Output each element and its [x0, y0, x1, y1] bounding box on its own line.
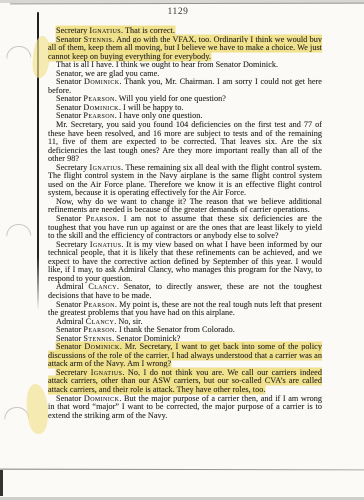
- transcript-paragraph: Secretary Ignatius. No, I do not think y…: [48, 369, 322, 395]
- text-run: Mr. Secretary, you said you found 104 de…: [48, 120, 322, 163]
- transcript-paragraph: Admiral Clancy. Senator, to directly ans…: [48, 283, 322, 300]
- text-run: Now, why do we want to change it? The re…: [48, 197, 322, 215]
- highlighted-text-run: Senator Stennis. And go with the VFAX, t…: [48, 35, 322, 61]
- speaker-name: Secretary Ignatius.: [56, 163, 125, 172]
- speaker-name: Secretary Ignatius.: [56, 368, 128, 377]
- text-run: Admiral Clancy. Senator, to directly ans…: [48, 282, 322, 300]
- speaker-name: Senator Dominick.: [56, 77, 124, 86]
- transcript-paragraph: Senator Pearson. I am not to assume that…: [48, 215, 322, 241]
- speaker-name: Senator Pearson.: [56, 300, 119, 309]
- punch-hole-icon: [6, 45, 32, 58]
- text-run: Senator Pearson. I am not to assume that…: [48, 214, 322, 240]
- scan-bottom-left-mark: [0, 470, 3, 496]
- transcript-paragraph: Senator Dominick. Thank you, Mr. Chairma…: [48, 78, 322, 95]
- text-run: Senator Dominick. But the major purpose …: [48, 394, 322, 420]
- text-run: Senator Pearson. My point is, these are …: [48, 300, 322, 318]
- transcript-paragraph: Senator Stennis. And go with the VFAX, t…: [48, 36, 322, 62]
- speaker-name: Secretary Ignatius.: [56, 240, 126, 249]
- speaker-name: Admiral Clancy.: [56, 282, 124, 291]
- highlighted-text-run: Senator Dominick. Mr. Secretary, I want …: [48, 342, 322, 368]
- text-run: Senator Dominick. Thank you, Mr. Chairma…: [48, 77, 322, 95]
- page-number: 1129: [0, 7, 356, 17]
- scan-top-edge-line: [10, 3, 364, 5]
- speaker-name: Senator Pearson.: [56, 214, 124, 223]
- transcript-paragraph: Now, why do we want to change it? The re…: [48, 198, 322, 215]
- text-run: Secretary Ignatius. It is my view based …: [48, 240, 322, 283]
- transcript-paragraph: Senator Dominick. But the major purpose …: [48, 395, 322, 421]
- text-run: Secretary Ignatius. These remaining six …: [48, 163, 322, 198]
- highlighter-smudge: [25, 383, 49, 434]
- punch-hole-icon: [6, 224, 31, 237]
- speaker-name: Senator Dominick.: [56, 342, 125, 351]
- speaker-name: Senator Stennis.: [56, 35, 116, 44]
- transcript-paragraph: Mr. Secretary, you said you found 104 de…: [48, 121, 322, 164]
- transcript-paragraph: Secretary Ignatius. It is my view based …: [48, 241, 322, 284]
- punch-hole-icon: [4, 406, 30, 419]
- transcript-paragraph: Senator Dominick. Mr. Secretary, I want …: [48, 343, 322, 369]
- highlighted-text-run: Secretary Ignatius. No, I do not think y…: [48, 368, 322, 394]
- transcript-paragraph: Secretary Ignatius. These remaining six …: [48, 164, 322, 198]
- transcript: Secretary Ignatius. That is correct.Sena…: [48, 27, 322, 420]
- transcript-paragraph: Senator Pearson. My point is, these are …: [48, 301, 322, 318]
- scan-bottom-edge-line: [0, 469, 364, 471]
- speaker-name: Senator Dominick.: [56, 394, 124, 403]
- scanned-transcript-page: 1129 Secretary Ignatius. That is correct…: [0, 0, 364, 500]
